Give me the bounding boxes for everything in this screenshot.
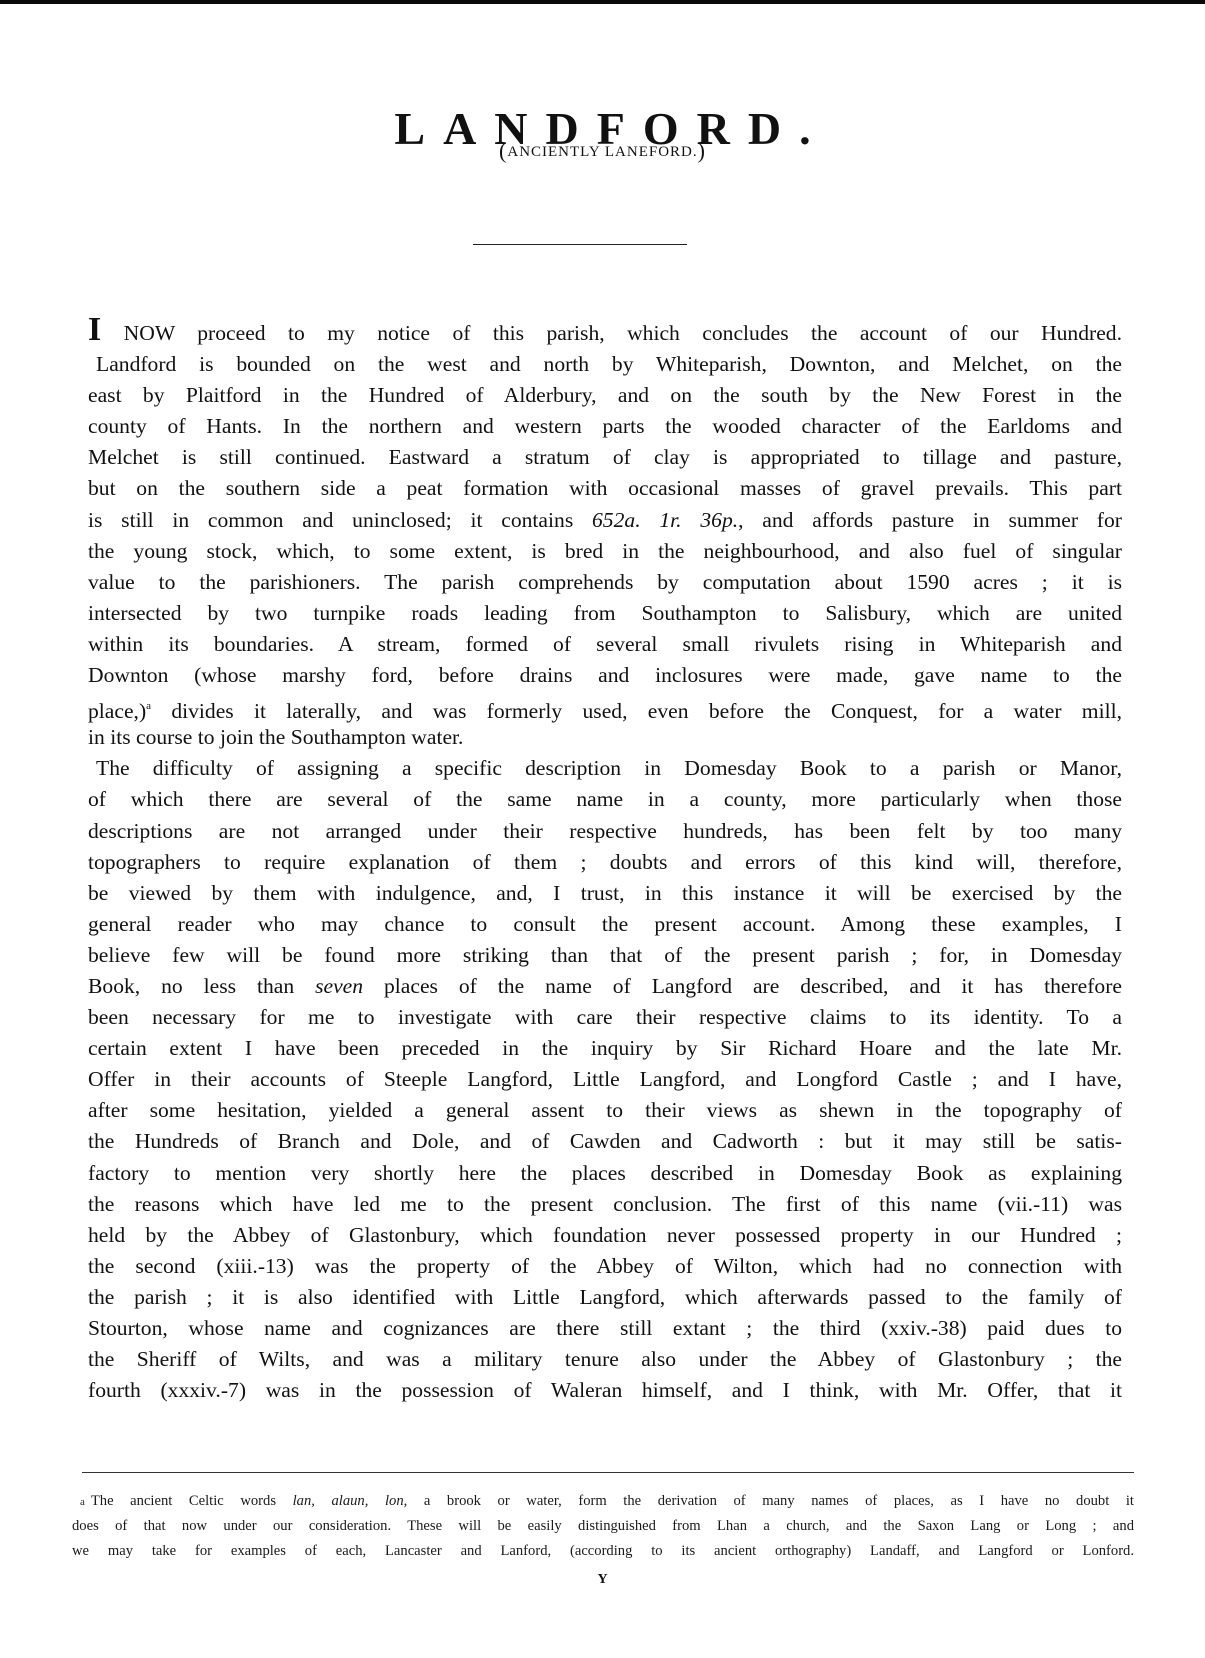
- text-line: general reader who may chance to consult…: [88, 909, 1122, 940]
- title-divider: [473, 244, 687, 245]
- text-line: in its course to join the Southampton wa…: [88, 722, 1122, 753]
- text-line: fourth (xxxiv.-7) was in the possession …: [88, 1375, 1122, 1406]
- text-line: intersected by two turnpike roads leadin…: [88, 598, 1122, 629]
- footnote-line: does of that now under our consideration…: [72, 1514, 1134, 1539]
- text-line: held by the Abbey of Glastonbury, which …: [88, 1220, 1122, 1251]
- area-acres: 652a.: [592, 508, 641, 532]
- drop-cap: I: [88, 311, 101, 348]
- footnote-line: we may take for examples of each, Lancas…: [72, 1539, 1134, 1564]
- text-line: the young stock, which, to some extent, …: [88, 536, 1122, 567]
- footnote-line: aThe ancient Celtic words lan, alaun, lo…: [72, 1489, 1134, 1514]
- subtitle-close-paren: ): [698, 138, 706, 163]
- area-perches: 36p.: [700, 508, 738, 532]
- text-line: the second (xiii.-13) was the property o…: [88, 1251, 1122, 1282]
- text-line: Book, no less than seven places of the n…: [88, 971, 1122, 1002]
- paragraph-2: The difficulty of assigning a specific d…: [88, 753, 1122, 1406]
- text-line: place,)a divides it laterally, and was f…: [88, 691, 1122, 722]
- text-line: Landford is bounded on the west and nort…: [88, 349, 1122, 380]
- body-text: I NOW proceed to my notice of this paris…: [88, 318, 1122, 1406]
- text-line: Offer in their accounts of Steeple Langf…: [88, 1064, 1122, 1095]
- signature-mark: Y: [0, 1572, 1205, 1588]
- text-line: value to the parishioners. The parish co…: [88, 567, 1122, 598]
- footnote-a: aThe ancient Celtic words lan, alaun, lo…: [72, 1489, 1134, 1564]
- text-line: is still in common and uninclosed; it co…: [88, 505, 1122, 536]
- subtitle-text: ANCIENTLY LANEFORD.: [507, 144, 697, 160]
- text-line: The difficulty of assigning a specific d…: [88, 753, 1122, 784]
- area-roods: 1r.: [659, 508, 681, 532]
- text-line: Downton (whose marshy ford, before drain…: [88, 660, 1122, 691]
- scan-top-border: [0, 0, 1205, 4]
- text-line: of which there are several of the same n…: [88, 784, 1122, 815]
- text-line: the Hundreds of Branch and Dole, and of …: [88, 1126, 1122, 1157]
- text-line: county of Hants. In the northern and wes…: [88, 411, 1122, 442]
- text-line: but on the southern side a peat formatio…: [88, 473, 1122, 504]
- text-line: east by Plaitford in the Hundred of Alde…: [88, 380, 1122, 411]
- text-line: factory to mention very shortly here the…: [88, 1158, 1122, 1189]
- text-line: believe few will be found more striking …: [88, 940, 1122, 971]
- footnote-divider: [82, 1472, 1134, 1473]
- text-line: topographers to require explanation of t…: [88, 847, 1122, 878]
- text-line: after some hesitation, yielded a general…: [88, 1095, 1122, 1126]
- text-line: within its boundaries. A stream, formed …: [88, 629, 1122, 660]
- footnotes: aThe ancient Celtic words lan, alaun, lo…: [72, 1489, 1134, 1564]
- text-line: certain extent I have been preceded in t…: [88, 1033, 1122, 1064]
- text-line: I NOW proceed to my notice of this paris…: [88, 318, 1122, 349]
- page-subtitle: (ANCIENTLY LANEFORD.): [0, 140, 1205, 163]
- text-line: Stourton, whose name and cognizances are…: [88, 1313, 1122, 1344]
- footnote-marker: a: [80, 1496, 85, 1508]
- text-line: the reasons which have led me to the pre…: [88, 1189, 1122, 1220]
- text-line: be viewed by them with indulgence, and, …: [88, 878, 1122, 909]
- text-line: the Sheriff of Wilts, and was a military…: [88, 1344, 1122, 1375]
- text-line: been necessary for me to investigate wit…: [88, 1002, 1122, 1033]
- emphasis-seven: seven: [315, 974, 363, 998]
- text-line: Melchet is still continued. Eastward a s…: [88, 442, 1122, 473]
- paragraph-1: I NOW proceed to my notice of this paris…: [88, 318, 1122, 753]
- text-line: descriptions are not arranged under thei…: [88, 816, 1122, 847]
- text-line: the parish ; it is also identified with …: [88, 1282, 1122, 1313]
